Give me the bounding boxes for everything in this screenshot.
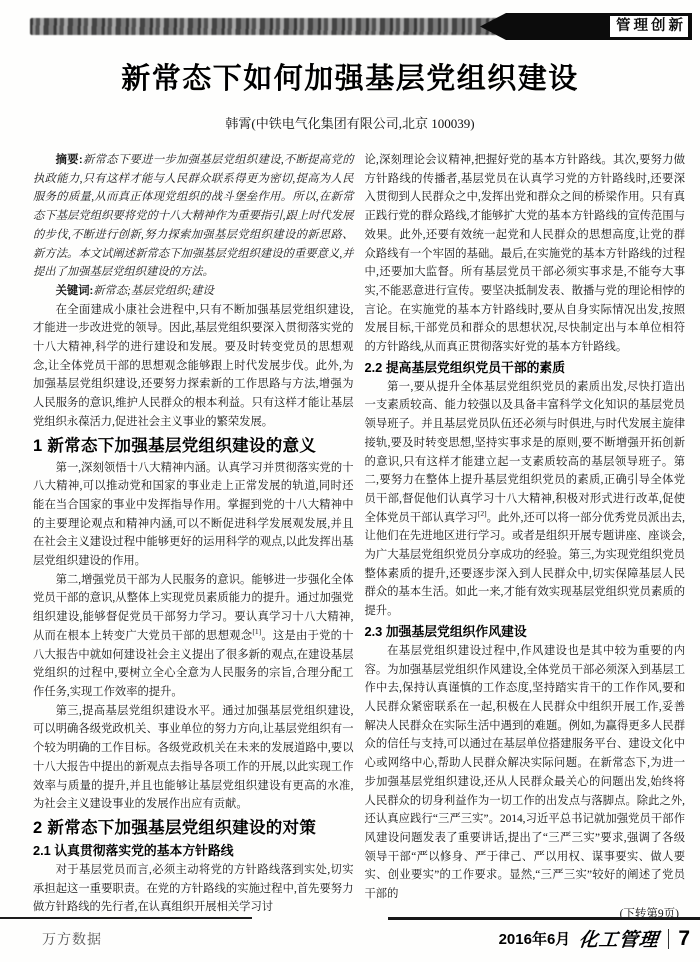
paragraph-text: 第一,要从提升全体基层党组织党员的素质出发,尽快打造出一支素质较高、能力较强以及… bbox=[365, 381, 686, 524]
footer-right: 2016年6月 化工管理 7 bbox=[388, 917, 700, 962]
keywords-paragraph: 关键词:新常态;基层党组织;建设 bbox=[33, 282, 354, 301]
section-2-2-heading: 2.2 提高基层党组织党员干部的素质 bbox=[365, 358, 686, 377]
left-column: 摘要:新常态下要进一步加强基层党组织建设,不断提高党的执政能力,只有这样才能与人… bbox=[33, 151, 354, 918]
section-2-1-continuation: 论,深刻理论会议精神,把握好党的基本方针路线。其次,要努力做方针路线的传播者,基… bbox=[365, 151, 686, 357]
abstract-label: 摘要: bbox=[56, 154, 83, 166]
wanfang-watermark: 万方数据 bbox=[42, 929, 102, 949]
keywords-text: 新常态;基层党组织;建设 bbox=[93, 285, 214, 297]
abstract-paragraph: 摘要:新常态下要进一步加强基层党组织建设,不断提高党的执政能力,只有这样才能与人… bbox=[33, 151, 354, 282]
section-1-paragraph-2: 第二,增强党员干部为人民服务的意识。能够进一步强化全体党员干部的意识,从整体上实… bbox=[33, 571, 354, 702]
article-body-columns: 摘要:新常态下要进一步加强基层党组织建设,不断提高党的执政能力,只有这样才能与人… bbox=[33, 151, 685, 918]
footer-left: 万方数据 bbox=[0, 917, 252, 962]
journal-page: 管理创新 新常态下如何加强基层党组织建设 韩霄(中铁电气化集团有限公司,北京 1… bbox=[0, 0, 700, 962]
masthead: 管理创新 bbox=[0, 8, 700, 44]
section-2-3-paragraph: 在基层党组织建设过程中,作风建设也是其中较为重要的内容。为加强基层党组织作风建设… bbox=[365, 642, 686, 904]
continued-on-page-note: (下转第9页) bbox=[365, 905, 686, 918]
article-title: 新常态下如何加强基层党组织建设 bbox=[0, 56, 700, 97]
issue-date: 2016年6月 bbox=[499, 928, 571, 949]
section-2-1-paragraph: 对于基层党员而言,必须主动将党的方针路线落到实处,切实承担起这一重要职责。在党的… bbox=[33, 861, 354, 917]
author-line: 韩霄(中铁电气化集团有限公司,北京 100039) bbox=[0, 113, 700, 132]
section-1-paragraph-3: 第三,提高基层党组织建设水平。通过加强基层党组织建设,可以明确各级党政机关、事业… bbox=[33, 702, 354, 814]
section-1-heading: 1 新常态下加强基层党组织建设的意义 bbox=[33, 434, 354, 458]
page-number: 7 bbox=[678, 927, 690, 951]
right-column: 论,深刻理论会议精神,把握好党的基本方针路线。其次,要努力做方针路线的传播者,基… bbox=[365, 151, 686, 918]
section-2-3-heading: 2.3 加强基层党组织作风建设 bbox=[365, 622, 686, 641]
section-badge-arrow: 管理创新 bbox=[480, 13, 692, 40]
paragraph-text: 。此外,还可以将一部分优秀党员派出去,让他们在先进地区进行学习。或者是组织开展专… bbox=[365, 512, 686, 618]
section-badge-label: 管理创新 bbox=[610, 16, 688, 37]
footer-divider bbox=[668, 929, 669, 949]
reference-mark-1: [1] bbox=[252, 627, 261, 636]
section-2-heading: 2 新常态下加强基层党组织建设的对策 bbox=[33, 816, 354, 840]
reference-mark-2: [2] bbox=[478, 509, 487, 518]
section-2-1-heading: 2.1 认真贯彻落实党的基本方针路线 bbox=[33, 841, 354, 860]
colophon: 2016年6月 化工管理 7 bbox=[499, 925, 690, 952]
footer-right-rule bbox=[388, 917, 700, 920]
footer-left-rule bbox=[0, 917, 252, 919]
section-1-paragraph-1: 第一,深刻领悟十八大精神内涵。认真学习并贯彻落实党的十八大精神,可以推动党和国家… bbox=[33, 459, 354, 571]
journal-logotype: 化工管理 bbox=[578, 925, 661, 952]
abstract-text: 新常态下要进一步加强基层党组织建设,不断提高党的执政能力,只有这样才能与人民群众… bbox=[33, 154, 354, 278]
section-2-2-paragraph: 第一,要从提升全体基层党组织党员的素质出发,尽快打造出一支素质较高、能力较强以及… bbox=[365, 378, 686, 621]
intro-paragraph: 在全面建成小康社会进程中,只有不断加强基层党组织建设,才能进一步改进党的领导。因… bbox=[33, 301, 354, 432]
header-texture-band bbox=[30, 18, 502, 35]
keywords-label: 关键词: bbox=[56, 285, 94, 297]
